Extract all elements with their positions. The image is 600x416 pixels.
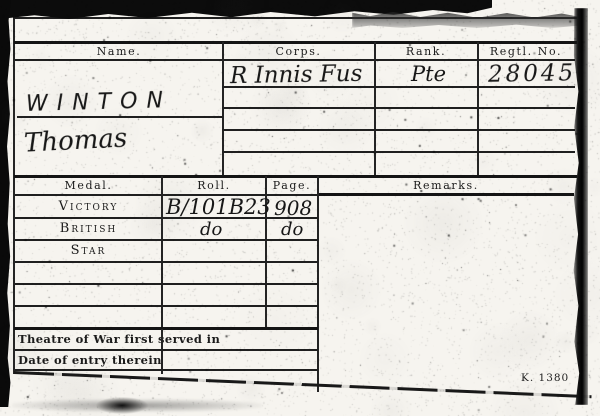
surname-value: WINTON (26, 88, 173, 117)
medal-index-card-scan: Name. Corps. Rank. Regtl. No. WINTON Tho… (0, 0, 600, 416)
victory-roll-value: B/101B23 (166, 195, 271, 219)
rank-regtl-divider (477, 42, 479, 177)
forename-value: Thomas (23, 123, 128, 158)
medal-table-top-rule (14, 175, 577, 178)
remarks-header: Remarks. (318, 179, 574, 192)
medal-row-rule (15, 239, 318, 241)
british-page-ditto: do (281, 219, 303, 240)
form-reference: K. 1380 (521, 372, 569, 384)
smudge-top-right (352, 11, 580, 28)
smudge-bottom-left (96, 397, 148, 414)
medal-row-british: British (15, 221, 162, 236)
medal-header: Medal. (15, 179, 162, 192)
victory-page-value: 908 (274, 196, 312, 220)
name-corps-divider (222, 42, 224, 177)
regtl-no-header: Regtl. No. (478, 45, 574, 58)
theatre-of-war-label: Theatre of War first served in (18, 332, 220, 346)
date-of-entry-label: Date of entry therein (18, 353, 162, 367)
roll-header: Roll. (162, 179, 266, 192)
header-underline (15, 59, 575, 61)
date-row-rule (15, 369, 318, 371)
british-roll-ditto: do (200, 219, 222, 240)
card-bottom-border (14, 371, 592, 398)
torn-edge-left (0, 0, 11, 407)
rank-header: Rank. (375, 45, 477, 58)
medal-row-victory: Victory (15, 199, 162, 214)
remarks-header-underline (318, 193, 574, 196)
regtl-no-value: 28045 (488, 60, 577, 88)
card-left-border (13, 18, 15, 374)
corps-value: R Innis Fus (230, 61, 363, 89)
corps-header: Corps. (223, 45, 374, 58)
medal-row-star: Star (15, 243, 162, 258)
corps-row-rule (222, 129, 575, 131)
corps-rank-divider (374, 42, 376, 177)
medal-row-rule (15, 305, 318, 307)
page-header: Page. (266, 179, 318, 192)
name-header: Name. (15, 45, 223, 58)
medal-row-rule (15, 261, 318, 263)
top-table-top-rule (14, 41, 577, 44)
medal-table-bottom-rule (14, 327, 318, 330)
theatre-divider (161, 329, 163, 374)
corps-row-rule (222, 107, 575, 109)
corps-row-rule (222, 151, 575, 153)
rank-value: Pte (411, 62, 446, 86)
theatre-row-rule (15, 349, 318, 351)
remarks-area (320, 198, 570, 368)
medal-row-rule (15, 283, 318, 285)
